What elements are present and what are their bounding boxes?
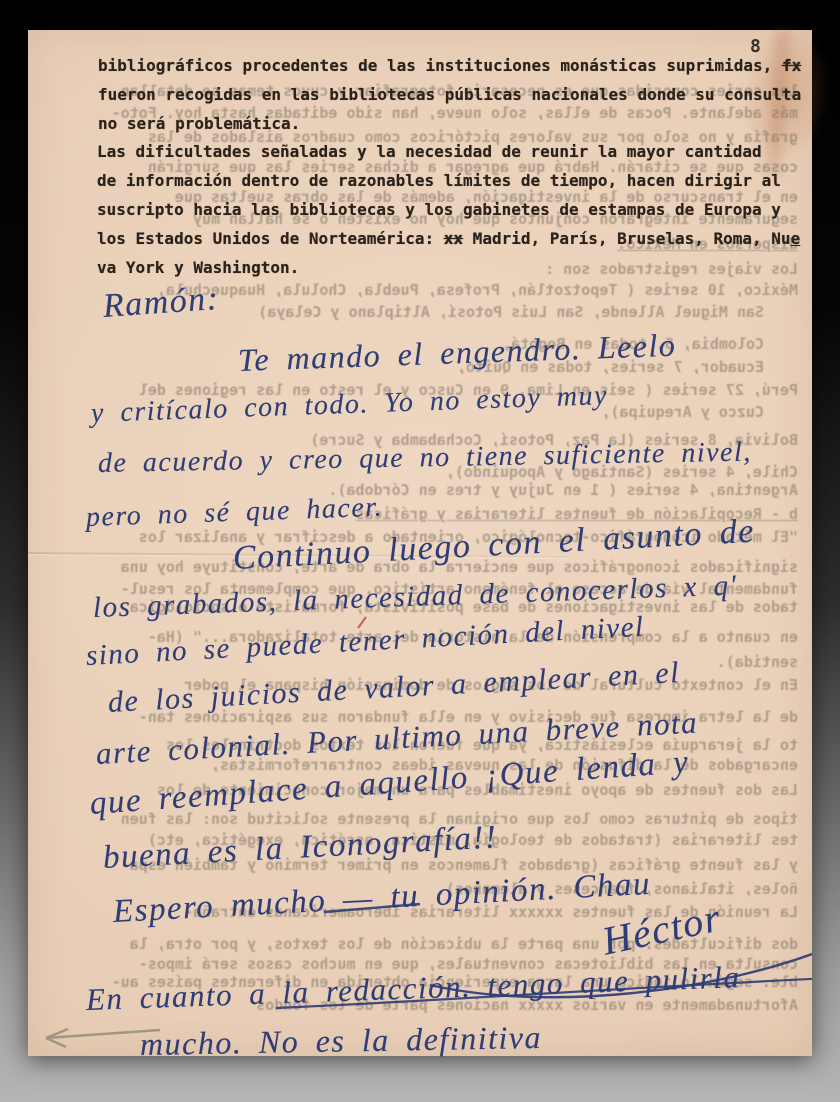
handwritten-line: Te mando el engendro. Leelo [237,327,677,379]
handwritten-line: buena es la Iconografía!! [102,819,498,877]
handwritten-line: de acuerdo y creo que no tiene suficient… [98,437,752,480]
letter-page: 8 las series conocidas que es necesario … [28,30,812,1056]
handwritten-line: y critícalo con todo. Yo no estoy muy [90,380,608,430]
handwriting-layer: Ramón:Te mando el engendro. Leeloy crití… [28,30,812,1056]
handwritten-line: En cuanto a la redacción. tengo que puli… [85,959,741,1018]
handwritten-line: pero no sé que hacer. [85,492,383,534]
handwritten-line: Ramón: [102,280,221,326]
handwritten-line: Espero mucho — tu opinión. Chau [112,866,652,931]
handwritten-line: mucho. No es la definitiva [140,1019,543,1063]
scanned-letter-screenshot: { "colors":{ "paper":"#ead1ba","typed_in… [0,0,840,1102]
